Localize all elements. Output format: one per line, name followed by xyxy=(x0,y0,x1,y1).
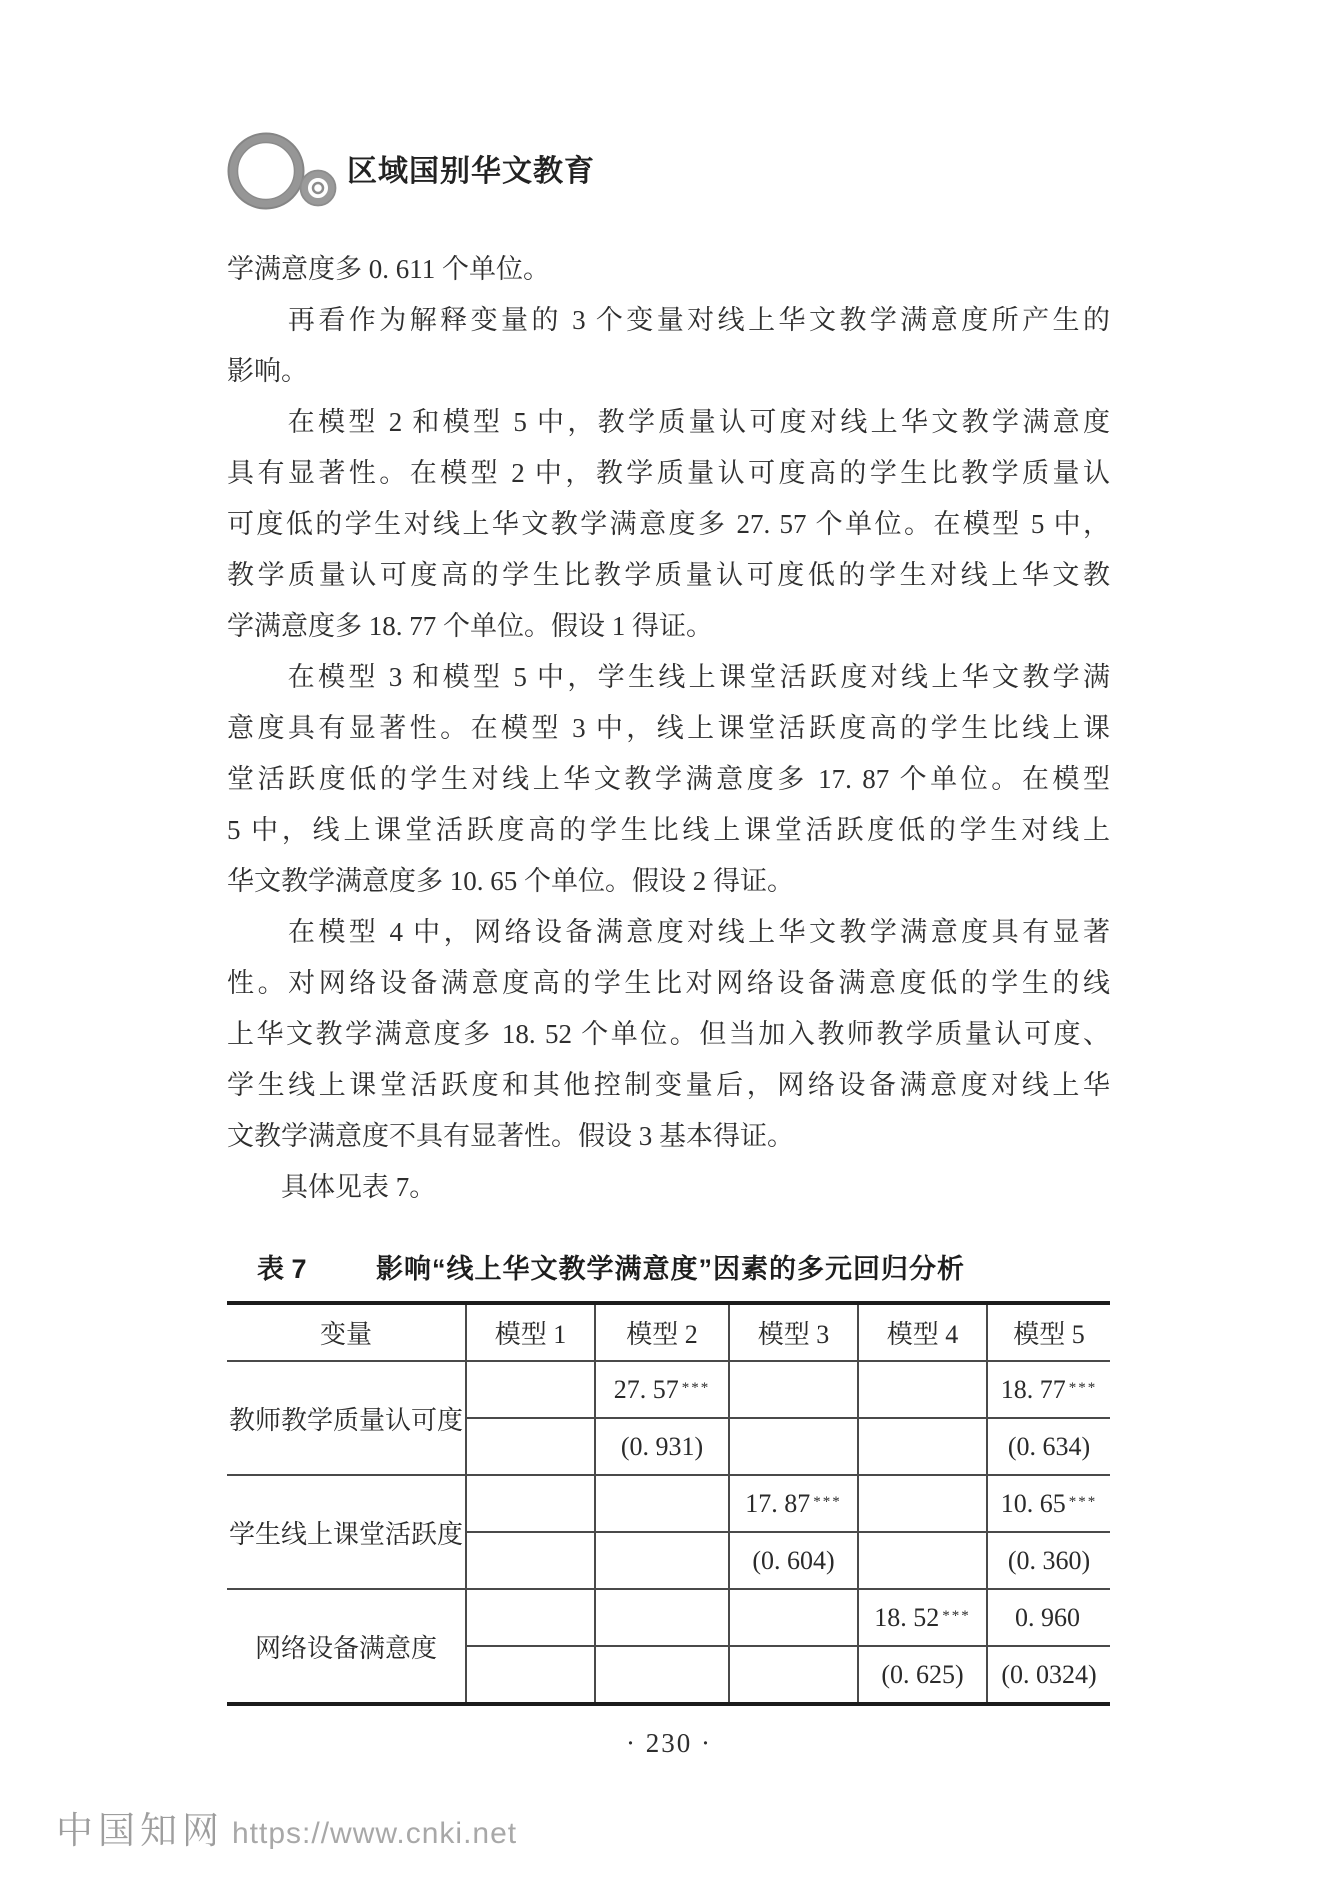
significance-stars: *** xyxy=(1069,1494,1098,1510)
se-cell xyxy=(729,1418,858,1475)
variable-cell: 网络设备满意度 xyxy=(227,1589,466,1704)
se-cell xyxy=(595,1646,729,1704)
coef-cell xyxy=(466,1475,595,1532)
coef-cell xyxy=(466,1361,595,1418)
coef-cell xyxy=(729,1361,858,1418)
body-line: 可度低的学生对线上华文教学满意度多 27. 57 个单位。在模型 5 中， xyxy=(227,499,1110,550)
body-line: 再看作为解释变量的 3 个变量对线上华文教学满意度所产生的 xyxy=(227,295,1110,346)
se-cell xyxy=(466,1418,595,1475)
body-text: 学满意度多 0. 611 个单位。 再看作为解释变量的 3 个变量对线上华文教学… xyxy=(227,244,1110,1213)
column-header-model3: 模型 3 xyxy=(729,1303,858,1361)
coef-cell: 0. 960 xyxy=(987,1589,1110,1646)
se-cell: (0. 625) xyxy=(858,1646,987,1704)
page-number: · 230 · xyxy=(0,1728,1338,1759)
body-line: 学满意度多 0. 611 个单位。 xyxy=(227,244,1110,295)
se-cell xyxy=(729,1646,858,1704)
significance-stars: *** xyxy=(942,1608,971,1624)
cnki-url: https://www.cnki.net xyxy=(232,1814,517,1854)
body-line: 教学质量认可度高的学生比教学质量认可度低的学生对线上华文教 xyxy=(227,550,1110,601)
column-header-variable: 变量 xyxy=(227,1303,466,1361)
body-line: 5 中，线上课堂活跃度高的学生比线上课堂活跃度低的学生对线上 xyxy=(227,805,1110,856)
document-page: 区域国别华文教育 学满意度多 0. 611 个单位。 再看作为解释变量的 3 个… xyxy=(0,0,1338,1890)
body-line: 学满意度多 18. 77 个单位。假设 1 得证。 xyxy=(227,601,1110,652)
body-line: 在模型 2 和模型 5 中，教学质量认可度对线上华文教学满意度 xyxy=(227,397,1110,448)
table-caption: 表 7 影响“线上华文教学满意度”因素的多元回归分析 xyxy=(227,1250,1110,1288)
se-cell xyxy=(466,1532,595,1589)
body-line: 在模型 3 和模型 5 中，学生线上课堂活跃度对线上华文教学满 xyxy=(227,652,1110,703)
coef-cell xyxy=(858,1361,987,1418)
body-line: 具体见表 7。 xyxy=(227,1162,1110,1213)
body-line: 学生线上课堂活跃度和其他控制变量后，网络设备满意度对线上华 xyxy=(227,1060,1110,1111)
body-line: 性。对网络设备满意度高的学生比对网络设备满意度低的学生的线 xyxy=(227,958,1110,1009)
variable-cell: 教师教学质量认可度 xyxy=(227,1361,466,1475)
significance-stars: *** xyxy=(682,1380,711,1396)
se-cell: (0. 0324) xyxy=(987,1646,1110,1704)
column-header-model5: 模型 5 xyxy=(987,1303,1110,1361)
table-row: 网络设备满意度 18. 52*** 0. 960 xyxy=(227,1589,1110,1646)
table-caption-label: 表 7 xyxy=(257,1254,307,1284)
coef-cell xyxy=(595,1475,729,1532)
table-row: 学生线上课堂活跃度 17. 87*** 10. 65*** xyxy=(227,1475,1110,1532)
column-header-model1: 模型 1 xyxy=(466,1303,595,1361)
cnki-logo-text: 中国知网 xyxy=(56,1806,224,1856)
se-cell xyxy=(595,1532,729,1589)
body-line: 华文教学满意度多 10. 65 个单位。假设 2 得证。 xyxy=(227,856,1110,907)
variable-cell: 学生线上课堂活跃度 xyxy=(227,1475,466,1589)
journal-title: 区域国别华文教育 xyxy=(347,152,595,192)
se-cell xyxy=(858,1532,987,1589)
se-cell xyxy=(858,1418,987,1475)
coef-cell: 10. 65*** xyxy=(987,1475,1110,1532)
se-cell: (0. 360) xyxy=(987,1532,1110,1589)
coef-cell xyxy=(595,1589,729,1646)
coef-cell: 18. 77*** xyxy=(987,1361,1110,1418)
coef-cell: 17. 87*** xyxy=(729,1475,858,1532)
significance-stars: *** xyxy=(813,1494,842,1510)
se-cell xyxy=(466,1646,595,1704)
coef-cell: 18. 52*** xyxy=(858,1589,987,1646)
column-header-model4: 模型 4 xyxy=(858,1303,987,1361)
coef-cell xyxy=(466,1589,595,1646)
table-caption-title: 影响“线上华文教学满意度”因素的多元回归分析 xyxy=(376,1254,965,1284)
body-line: 影响。 xyxy=(227,346,1110,397)
body-line: 在模型 4 中，网络设备满意度对线上华文教学满意度具有显著 xyxy=(227,907,1110,958)
significance-stars: *** xyxy=(1069,1380,1098,1396)
column-header-model2: 模型 2 xyxy=(595,1303,729,1361)
coef-cell: 27. 57*** xyxy=(595,1361,729,1418)
table-header-row: 变量 模型 1 模型 2 模型 3 模型 4 模型 5 xyxy=(227,1303,1110,1361)
coef-cell xyxy=(729,1589,858,1646)
body-line: 堂活跃度低的学生对线上华文教学满意度多 17. 87 个单位。在模型 xyxy=(227,754,1110,805)
body-line: 意度具有显著性。在模型 3 中，线上课堂活跃度高的学生比线上课 xyxy=(227,703,1110,754)
coef-cell xyxy=(858,1475,987,1532)
body-line: 具有显著性。在模型 2 中，教学质量认可度高的学生比教学质量认 xyxy=(227,448,1110,499)
regression-table: 变量 模型 1 模型 2 模型 3 模型 4 模型 5 教师教学质量认可度 27… xyxy=(227,1301,1110,1706)
cnki-rings-icon xyxy=(222,128,344,220)
se-cell: (0. 931) xyxy=(595,1418,729,1475)
body-line: 文教学满意度不具有显著性。假设 3 基本得证。 xyxy=(227,1111,1110,1162)
se-cell: (0. 634) xyxy=(987,1418,1110,1475)
se-cell: (0. 604) xyxy=(729,1532,858,1589)
table-row: 教师教学质量认可度 27. 57*** 18. 77*** xyxy=(227,1361,1110,1418)
body-line: 上华文教学满意度多 18. 52 个单位。但当加入教师教学质量认可度、 xyxy=(227,1009,1110,1060)
